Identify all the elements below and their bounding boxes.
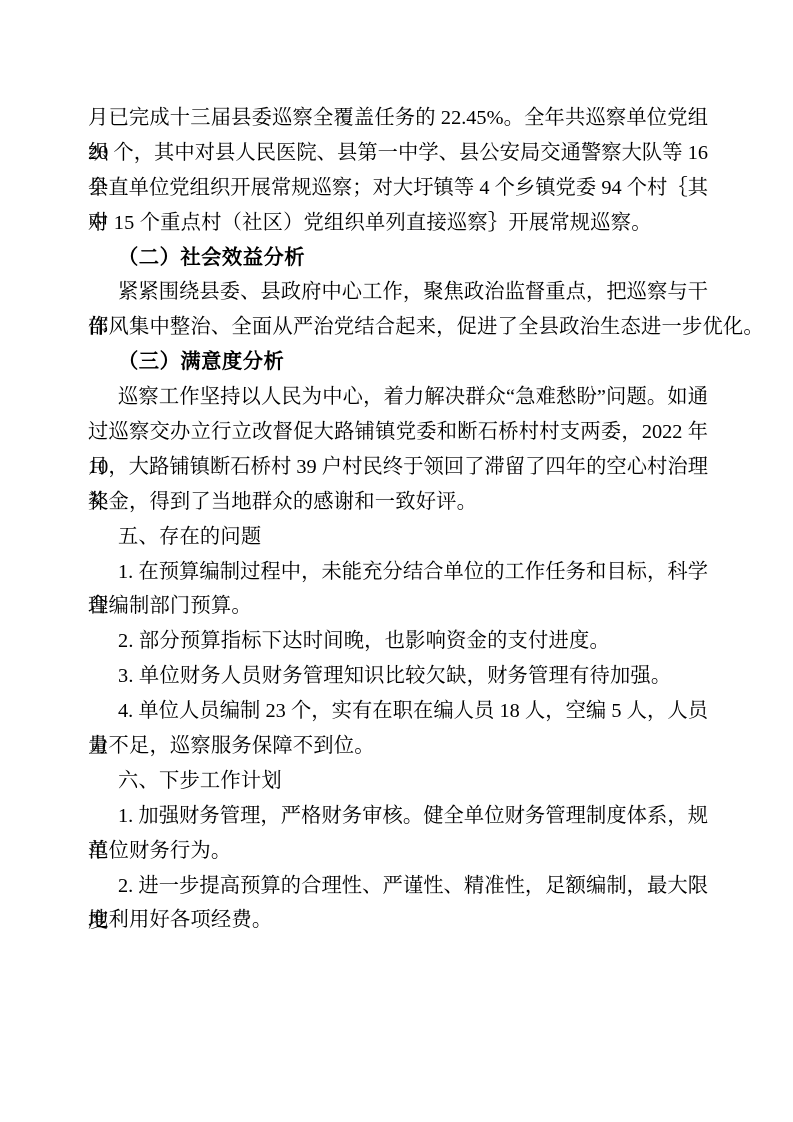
text-line: 对 15 个重点村（社区）党组织单列直接巡察｝开展常规巡察。 — [88, 206, 708, 241]
text-line: 理编制部门预算。 — [88, 589, 708, 624]
text-line: 地利用好各项经费。 — [88, 903, 708, 938]
text-line: 紧紧围绕县委、县政府中心工作，聚焦政治监督重点，把巡察与干部 — [88, 275, 708, 310]
text-line: 4. 单位人员编制 23 个，实有在职在编人员 18 人，空编 5 人，人员力 — [88, 694, 708, 729]
text-line: 2. 部分预算指标下达时间晚，也影响资金的支付进度。 — [88, 624, 708, 659]
text-line: 过巡察交办立行立改督促大路铺镇党委和断石桥村村支两委，2022 年 10 — [88, 415, 708, 450]
text-line: 月已完成十三届县委巡察全覆盖任务的 22.45%。全年共巡察单位党组织 — [88, 101, 708, 136]
section-heading: 六、下步工作计划 — [88, 764, 708, 799]
section-heading: （三）满意度分析 — [88, 345, 708, 380]
text-line: 2. 进一步提高预算的合理性、严谨性、精准性，足额编制，最大限度 — [88, 869, 708, 904]
text-line: 单位财务行为。 — [88, 834, 708, 869]
text-line: 量不足，巡察服务保障不到位。 — [88, 729, 708, 764]
text-line: 作风集中整治、全面从严治党结合起来，促进了全县政治生态进一步优化。 — [88, 310, 708, 345]
document-page: 月已完成十三届县委巡察全覆盖任务的 22.45%。全年共巡察单位党组织 20 个… — [0, 0, 793, 1122]
text-line: 1. 在预算编制过程中，未能充分结合单位的工作任务和目标，科学合 — [88, 555, 708, 590]
document-body: 月已完成十三届县委巡察全覆盖任务的 22.45%。全年共巡察单位党组织 20 个… — [88, 101, 708, 938]
text-line: 1. 加强财务管理，严格财务审核。健全单位财务管理制度体系，规范 — [88, 799, 708, 834]
section-heading: （二）社会效益分析 — [88, 241, 708, 276]
text-line: 县直单位党组织开展常规巡察；对大圩镇等 4 个乡镇党委 94 个村｛其中 — [88, 171, 708, 206]
text-line: 3. 单位财务人员财务管理知识比较欠缺，财务管理有待加强。 — [88, 659, 708, 694]
section-heading: 五、存在的问题 — [88, 520, 708, 555]
text-line: 月，大路铺镇断石桥村 39 户村民终于领回了滞留了四年的空心村治理奖 — [88, 450, 708, 485]
text-line: 20 个，其中对县人民医院、县第一中学、县公安局交通警察大队等 16 个 — [88, 136, 708, 171]
text-line: 补金，得到了当地群众的感谢和一致好评。 — [88, 485, 708, 520]
text-line: 巡察工作坚持以人民为中心，着力解决群众“急难愁盼”问题。如通 — [88, 380, 708, 415]
